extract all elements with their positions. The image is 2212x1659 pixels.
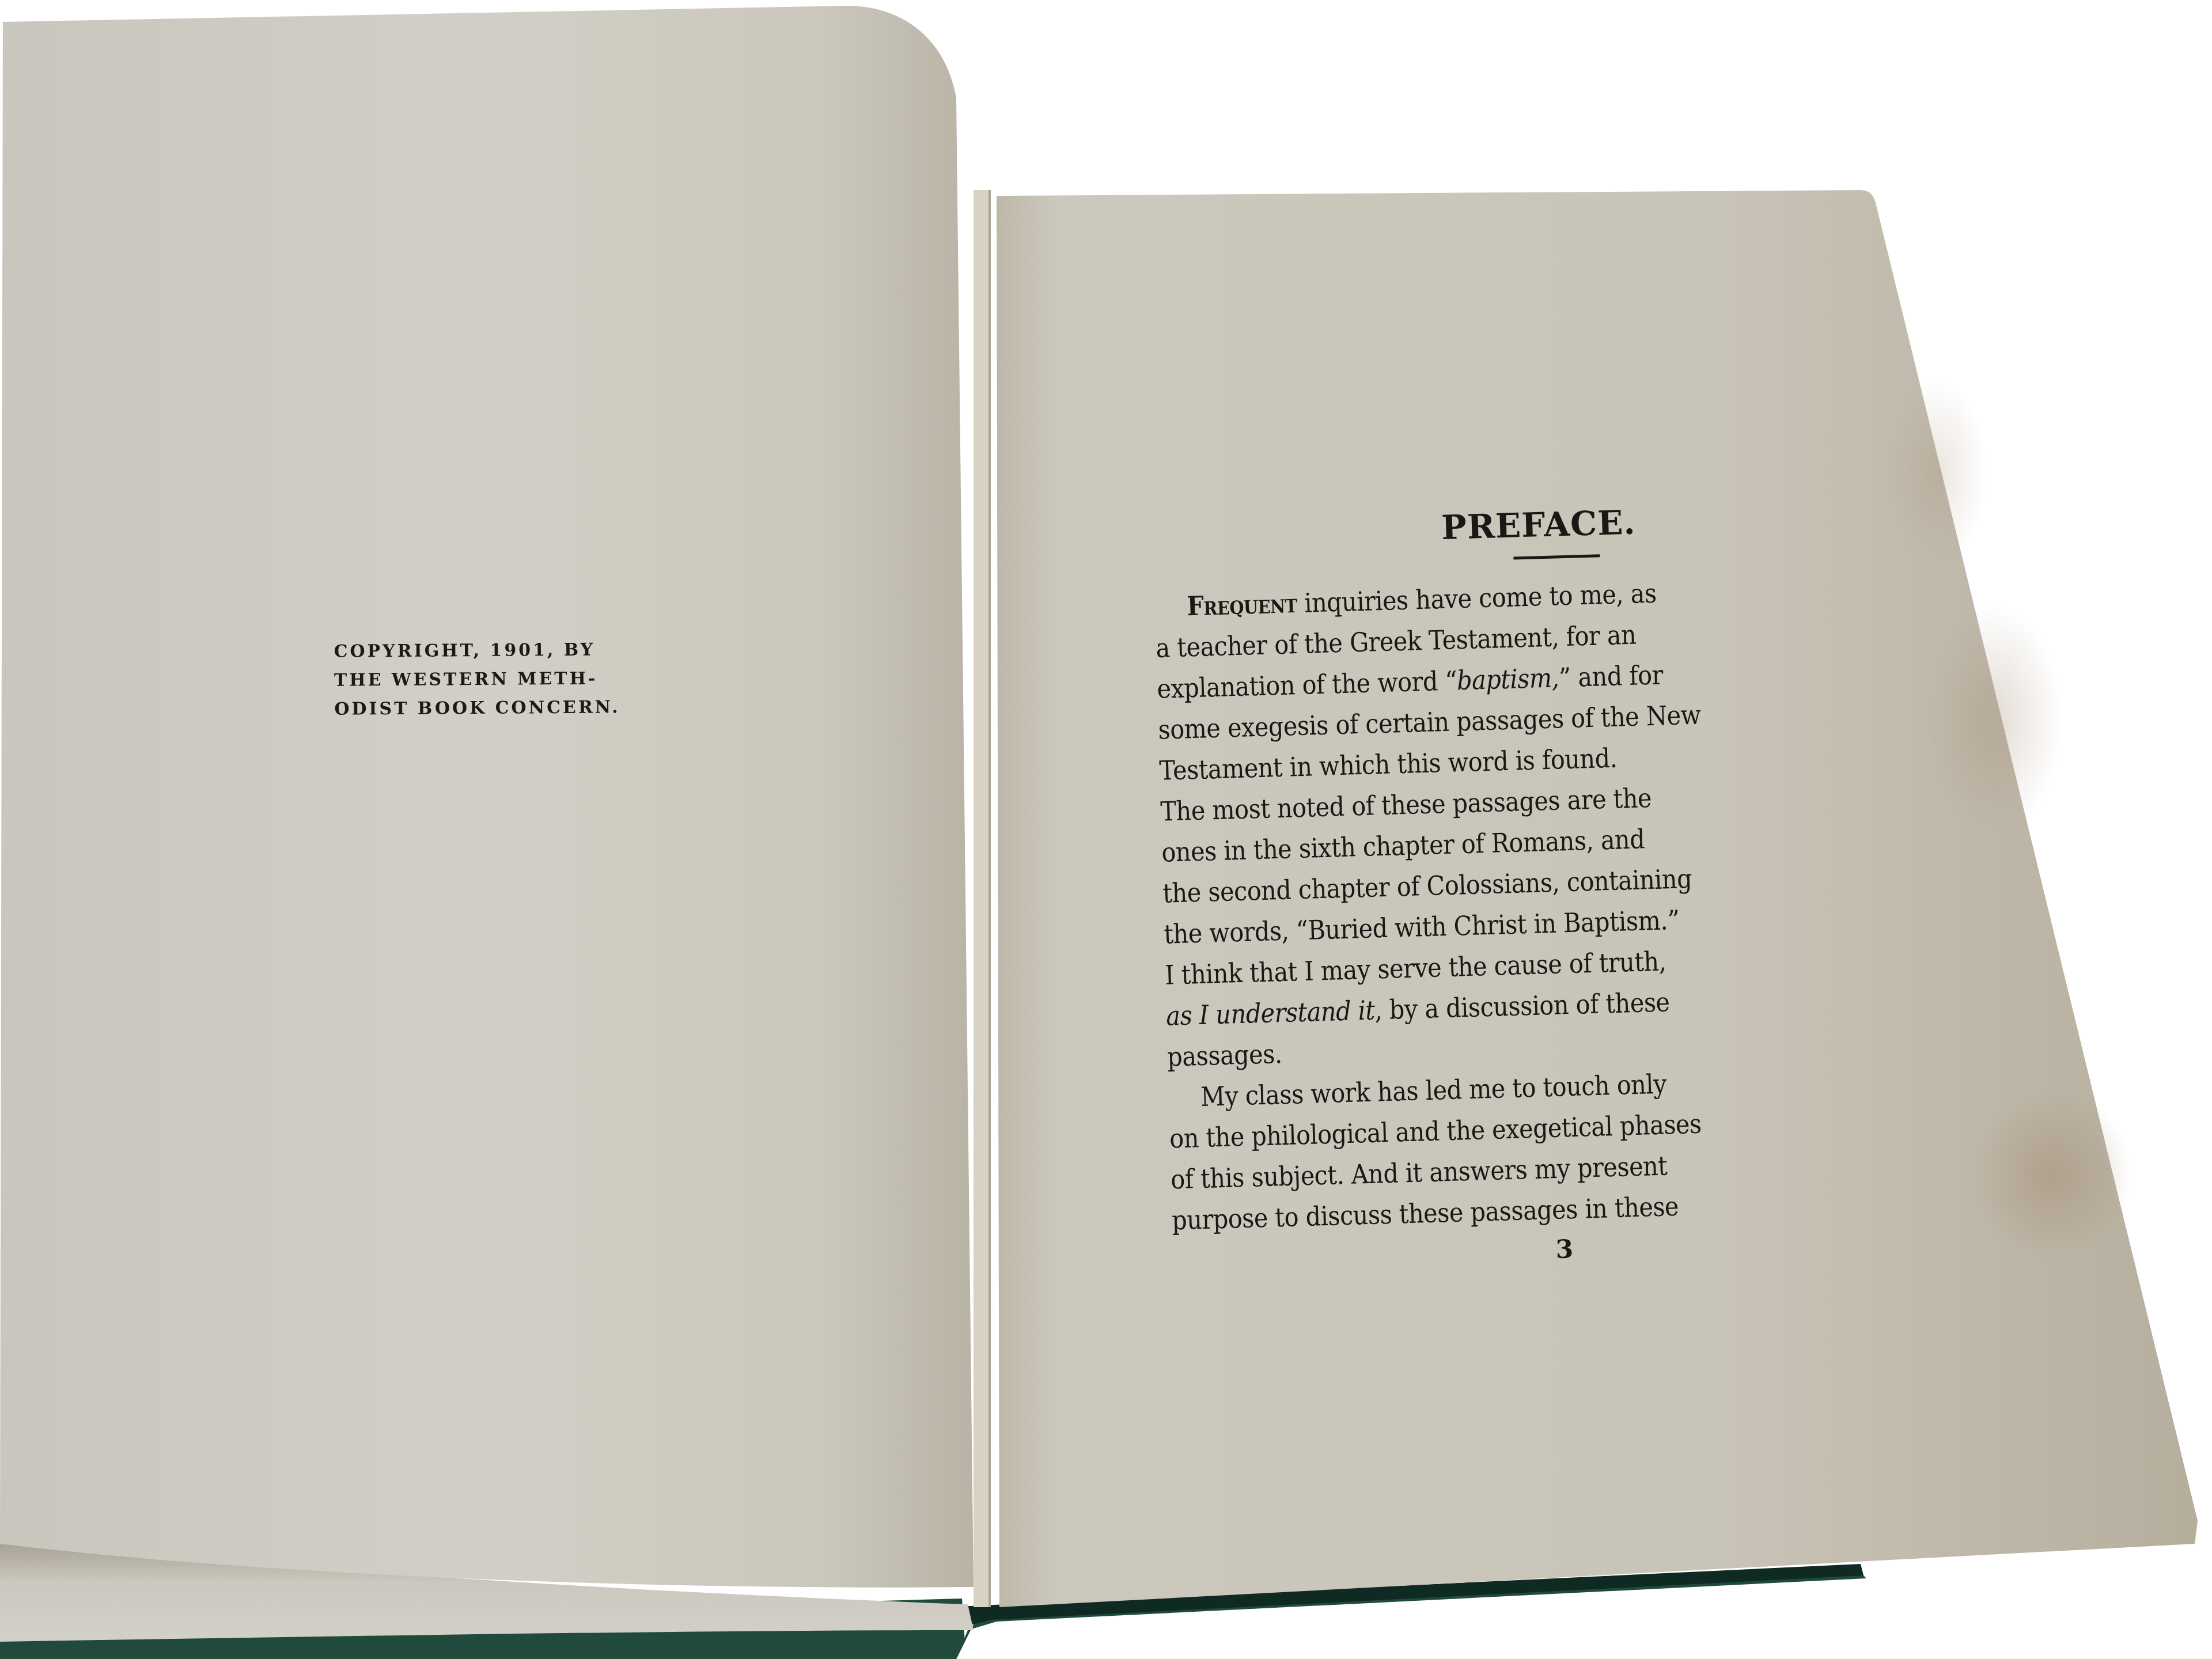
italic-word: baptism, xyxy=(1456,662,1559,696)
preface-text-block: PREFACE. Frequent inquiries have come to… xyxy=(1152,491,1956,1275)
drop-small-caps: Frequent xyxy=(1187,588,1298,622)
right-page: PREFACE. Frequent inquiries have come to… xyxy=(0,0,2212,1659)
italic-phrase: as I understand it xyxy=(1166,995,1376,1032)
title-rule-divider xyxy=(1513,554,1600,559)
open-book-photo: COPYRIGHT, 1901, BY THE WESTERN METH- OD… xyxy=(0,0,2212,1659)
